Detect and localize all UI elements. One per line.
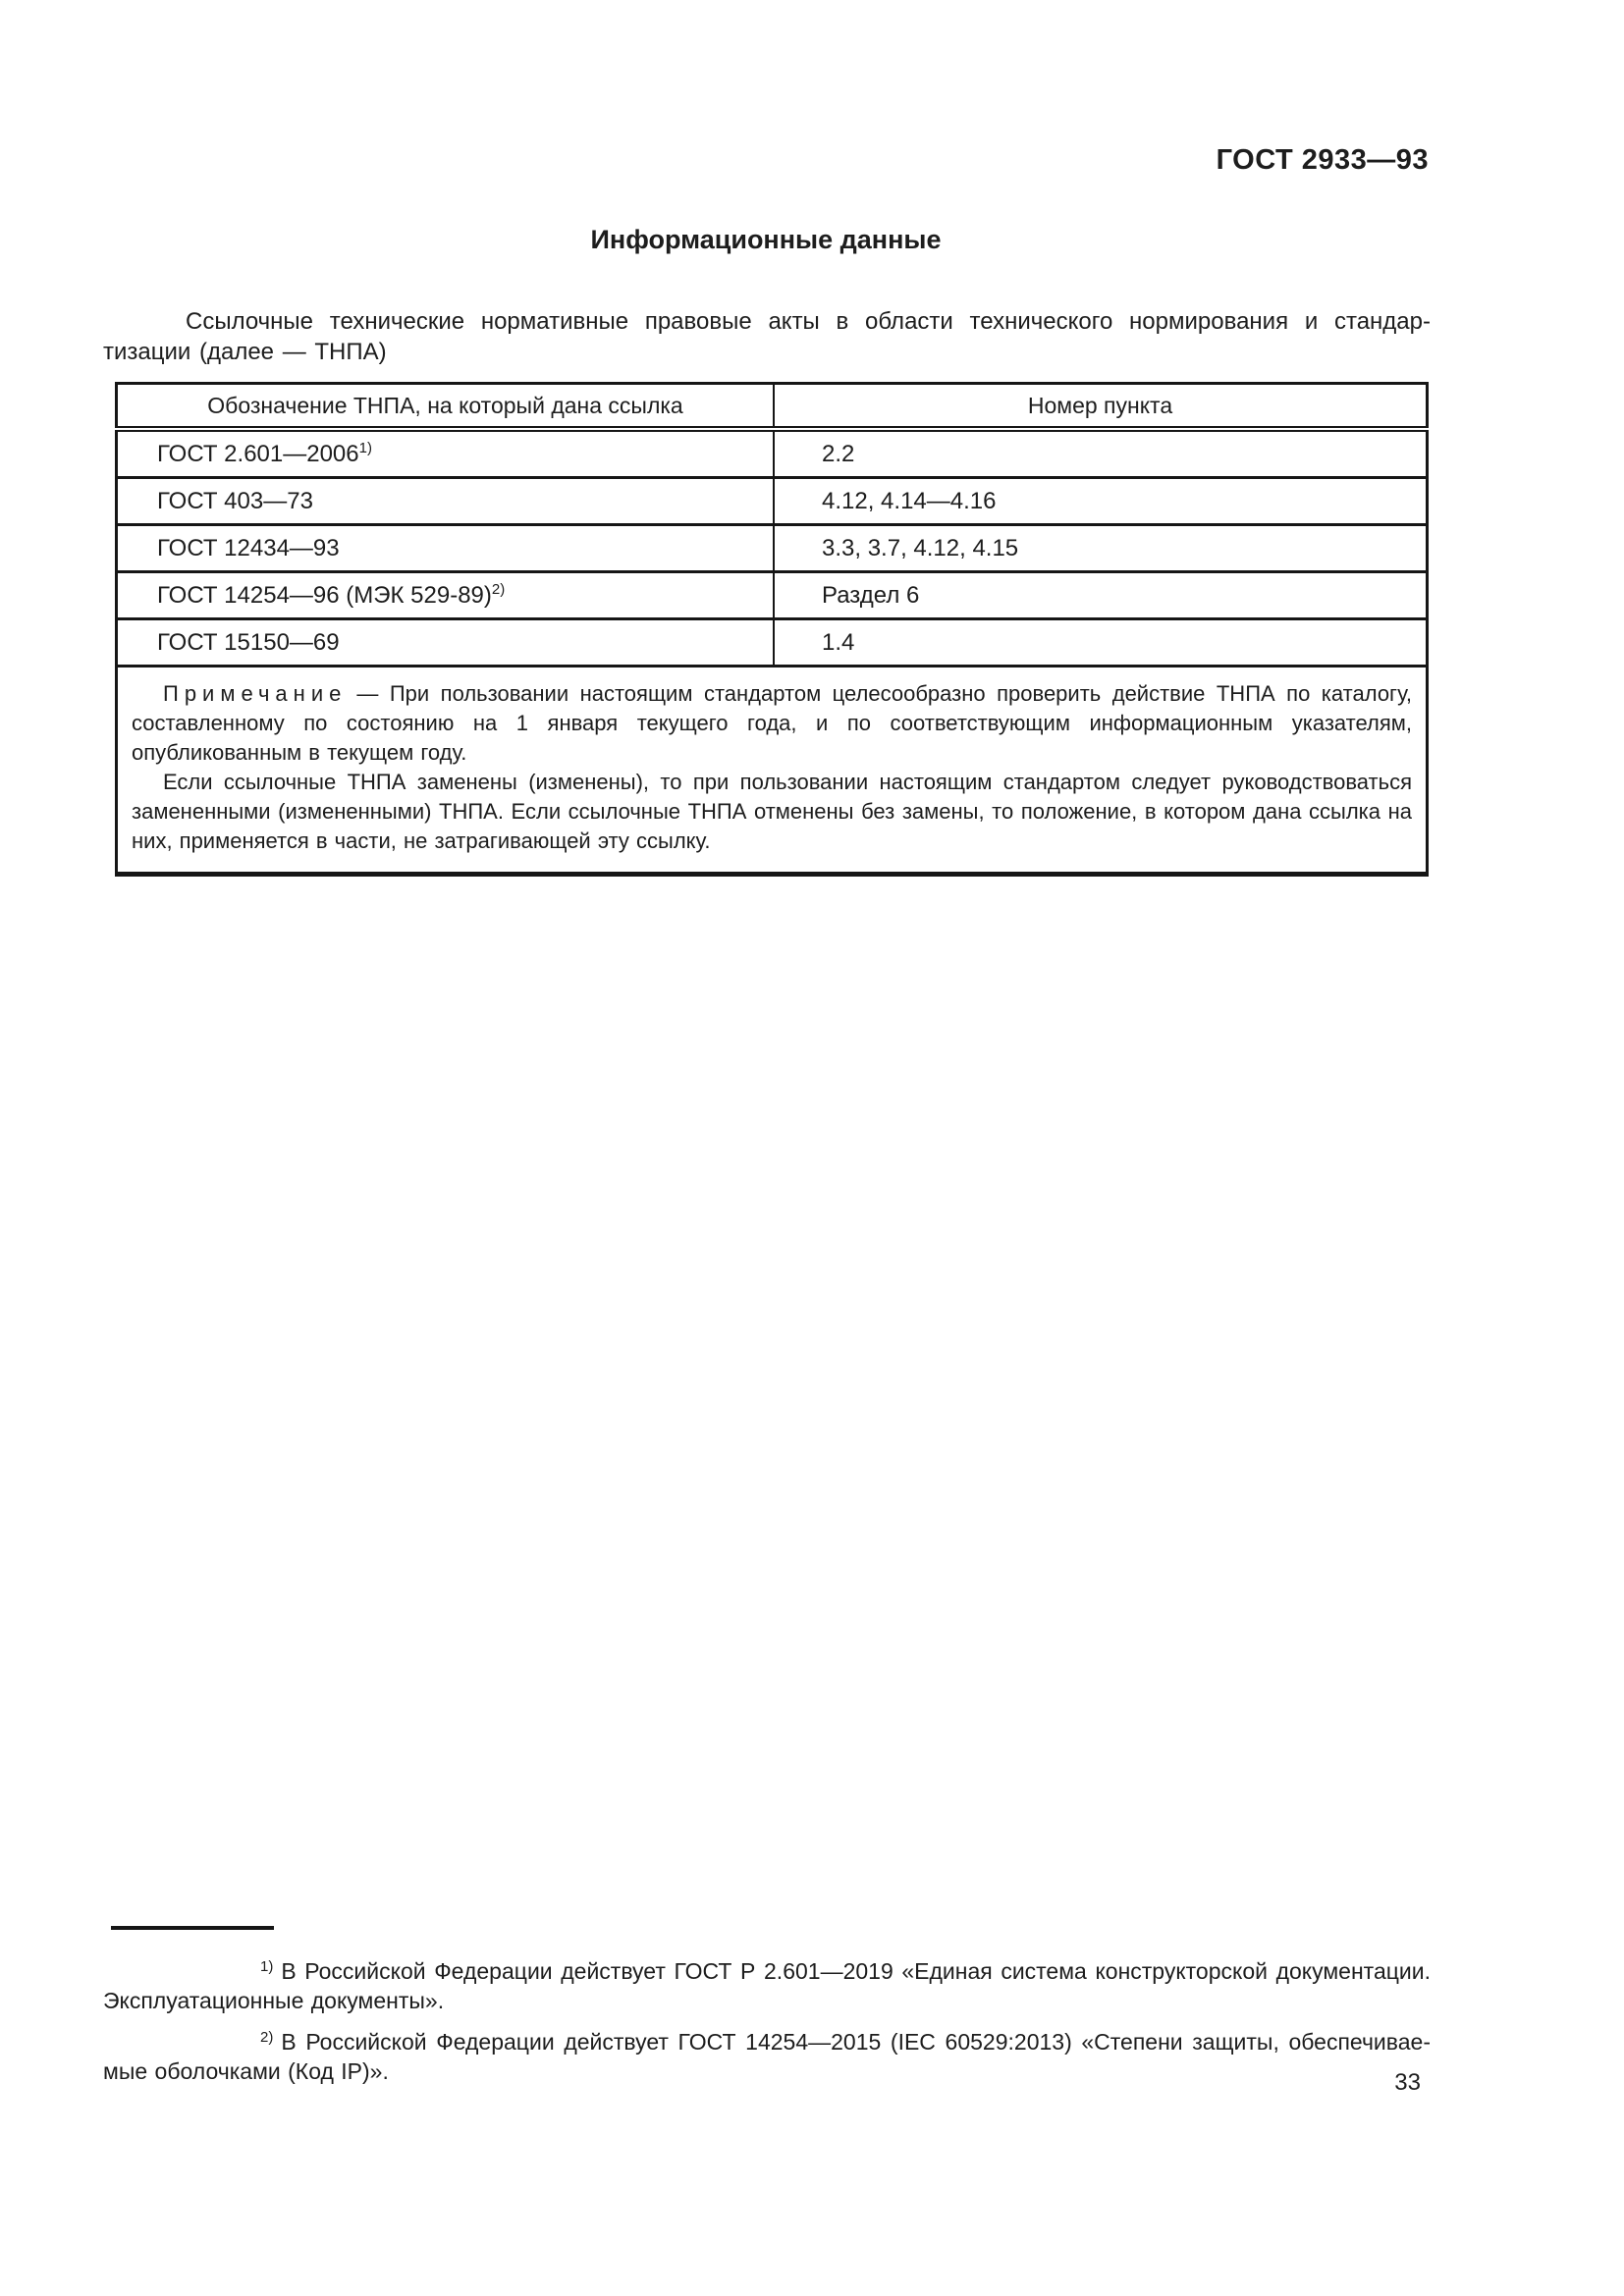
ref-cell: ГОСТ 14254—96 (МЭК 529-89)2) <box>117 572 775 619</box>
clause-cell: Раздел 6 <box>774 572 1428 619</box>
ref-text: ГОСТ 12434—93 <box>157 535 340 561</box>
note-label: Примечание <box>163 681 347 706</box>
page-number: 33 <box>1394 2071 1421 2095</box>
clause-cell: 4.12, 4.14—4.16 <box>774 478 1428 525</box>
table-header-ref: Обозначение ТНПА, на который дана ссылка <box>117 384 775 430</box>
footnote-divider <box>111 1926 274 1930</box>
doc-code: ГОСТ 2933—93 <box>1217 146 1429 175</box>
ref-text: ГОСТ 403—73 <box>157 488 313 514</box>
ref-cell: ГОСТ 15150—69 <box>117 619 775 667</box>
table-row: ГОСТ 2.601—20061) 2.2 <box>117 429 1428 478</box>
table-row: ГОСТ 14254—96 (МЭК 529-89)2) Раздел 6 <box>117 572 1428 619</box>
ref-text: ГОСТ 15150—69 <box>157 629 340 656</box>
note-paragraph-2: Если ссылочные ТНПА заменены (изменены),… <box>132 768 1412 856</box>
ref-cell: ГОСТ 12434—93 <box>117 525 775 572</box>
footnote-1: 1)В Российской Федерации действует ГОСТ … <box>103 1956 1431 2015</box>
clause-cell: 1.4 <box>774 619 1428 667</box>
ref-text: ГОСТ 14254—96 (МЭК 529-89) <box>157 582 492 609</box>
ref-text: ГОСТ 2.601—2006 <box>157 441 359 467</box>
ref-cell: ГОСТ 403—73 <box>117 478 775 525</box>
document-page: ГОСТ 2933—93 Информационные данные Ссыло… <box>0 0 1624 2296</box>
references-table: Обозначение ТНПА, на который дана ссылка… <box>115 382 1429 877</box>
footnote-2: 2)В Российской Федерации действует ГОСТ … <box>103 2027 1431 2086</box>
table-note: Примечание— При пользовании настоящим ст… <box>117 667 1428 875</box>
table-header-clause: Номер пункта <box>774 384 1428 430</box>
clause-cell: 3.3, 3.7, 4.12, 4.15 <box>774 525 1428 572</box>
table-header-row: Обозначение ТНПА, на который дана ссылка… <box>117 384 1428 430</box>
footnote-text: В Российской Федерации действует ГОСТ 14… <box>103 2029 1431 2084</box>
clause-cell: 2.2 <box>774 429 1428 478</box>
table-row: ГОСТ 403—73 4.12, 4.14—4.16 <box>117 478 1428 525</box>
ref-cell: ГОСТ 2.601—20061) <box>117 429 775 478</box>
table-row: ГОСТ 15150—69 1.4 <box>117 619 1428 667</box>
intro-paragraph: Ссылочные технические нормативные правов… <box>103 306 1431 367</box>
table-note-row: Примечание— При пользовании настоящим ст… <box>117 667 1428 875</box>
note-paragraph-1: Примечание— При пользовании настоящим ст… <box>132 679 1412 768</box>
footnote-text: В Российской Федерации действует ГОСТ Р … <box>103 1958 1431 2013</box>
page-title: Информационные данные <box>103 227 1429 253</box>
table-row: ГОСТ 12434—93 3.3, 3.7, 4.12, 4.15 <box>117 525 1428 572</box>
